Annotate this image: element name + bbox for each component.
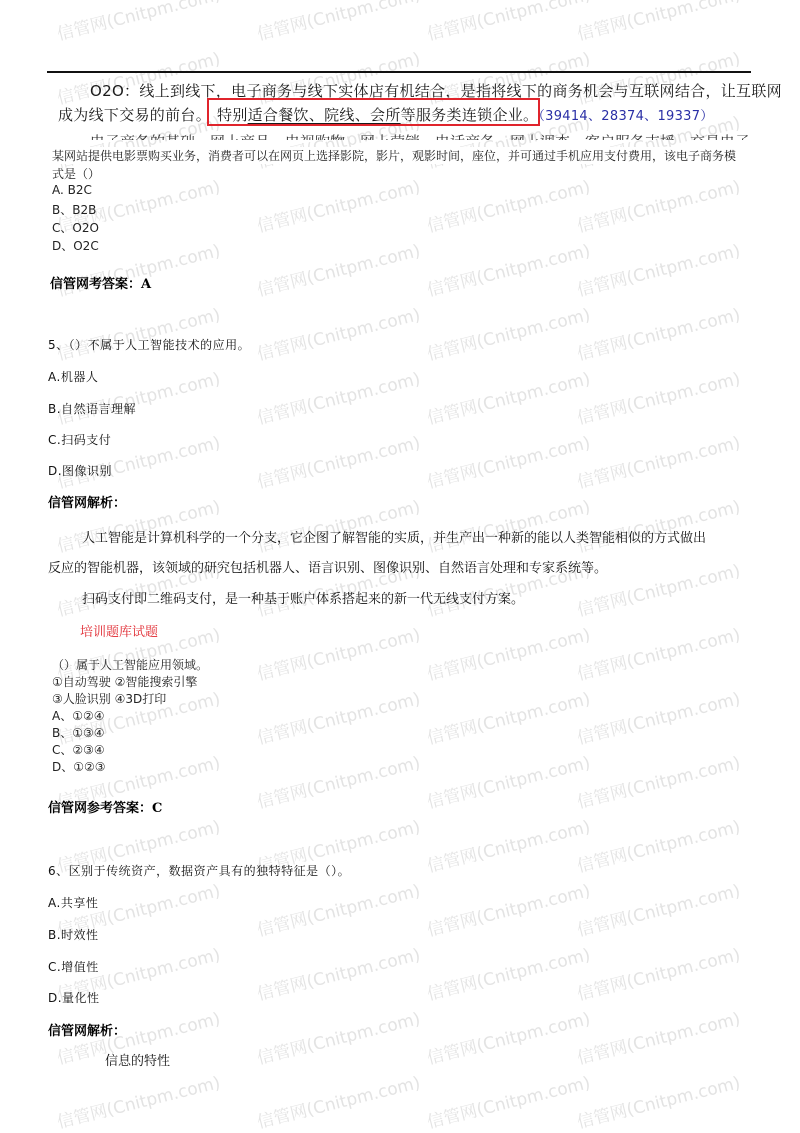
watermark-text: 信管网(Cnitpm.com) bbox=[574, 748, 742, 813]
training-heading: 培训题库试题 bbox=[80, 621, 158, 640]
watermark-text: 信管网(Cnitpm.com) bbox=[574, 1004, 742, 1069]
training-option-b: B、①③④ bbox=[52, 724, 105, 741]
watermark-text: 信管网(Cnitpm.com) bbox=[574, 300, 742, 365]
q4-stem-line-2: 式是（） bbox=[52, 165, 100, 182]
horizontal-rule bbox=[47, 71, 751, 73]
watermark-text: 信管网(Cnitpm.com) bbox=[424, 1068, 592, 1133]
highlight-box bbox=[207, 98, 540, 126]
q5-option-a: A.机器人 bbox=[48, 368, 98, 385]
training-answer-label: 信管网参考答案：C bbox=[48, 797, 162, 816]
excerpt-line-2-prefix: 成为线下交易的前台。 bbox=[58, 106, 211, 124]
watermark-text: 信管网(Cnitpm.com) bbox=[574, 812, 742, 877]
watermark-text: 信管网(Cnitpm.com) bbox=[254, 1004, 422, 1069]
q5-option-b: B.自然语言理解 bbox=[48, 400, 136, 417]
watermark-text: 信管网(Cnitpm.com) bbox=[424, 300, 592, 365]
watermark-text: 信管网(Cnitpm.com) bbox=[254, 300, 422, 365]
watermark-text: 信管网(Cnitpm.com) bbox=[424, 1004, 592, 1069]
watermark-text: 信管网(Cnitpm.com) bbox=[254, 0, 422, 45]
q5-option-c: C.扫码支付 bbox=[48, 431, 111, 448]
watermark-text: 信管网(Cnitpm.com) bbox=[54, 0, 222, 45]
watermark-text: 信管网(Cnitpm.com) bbox=[254, 364, 422, 429]
q5-option-d: D.图像识别 bbox=[48, 462, 112, 479]
q4-stem-line-1: 某网站提供电影票购买业务，消费者可以在网页上选择影院，影片，观影时间，座位，并可… bbox=[52, 147, 792, 164]
watermark-text: 信管网(Cnitpm.com) bbox=[574, 876, 742, 941]
q5-analysis-label: 信管网解析： bbox=[48, 492, 126, 511]
watermark-text: 信管网(Cnitpm.com) bbox=[254, 1068, 422, 1133]
excerpt-line-3-cutoff: 电子商务的基础 网上商品 电视购物 网上营销 电话商务 网上调查 客户服务支援 … bbox=[90, 131, 750, 140]
watermark-text: 信管网(Cnitpm.com) bbox=[254, 428, 422, 493]
watermark-text: 信管网(Cnitpm.com) bbox=[54, 1068, 222, 1133]
watermark-text: 信管网(Cnitpm.com) bbox=[574, 684, 742, 749]
training-stem: （）属于人工智能应用领域。 bbox=[52, 656, 208, 673]
training-items-line-2: ③人脸识别 ④3D打印 bbox=[52, 690, 166, 707]
watermark-text: 信管网(Cnitpm.com) bbox=[574, 492, 742, 557]
q4-option-d: D、O2C bbox=[52, 237, 99, 254]
watermark-text: 信管网(Cnitpm.com) bbox=[424, 364, 592, 429]
watermark-text: 信管网(Cnitpm.com) bbox=[424, 620, 592, 685]
watermark-text: 信管网(Cnitpm.com) bbox=[424, 876, 592, 941]
watermark-text: 信管网(Cnitpm.com) bbox=[574, 428, 742, 493]
watermark-text: 信管网(Cnitpm.com) bbox=[574, 172, 742, 237]
watermark-text: 信管网(Cnitpm.com) bbox=[424, 684, 592, 749]
q4-option-b: B、B2B bbox=[52, 201, 96, 218]
watermark-text: 信管网(Cnitpm.com) bbox=[574, 620, 742, 685]
q6-option-a: A.共享性 bbox=[48, 894, 98, 911]
watermark-text: 信管网(Cnitpm.com) bbox=[254, 620, 422, 685]
training-option-a: A、①②④ bbox=[52, 707, 104, 724]
watermark-text: 信管网(Cnitpm.com) bbox=[254, 172, 422, 237]
watermark-text: 信管网(Cnitpm.com) bbox=[254, 876, 422, 941]
watermark-text: 信管网(Cnitpm.com) bbox=[254, 748, 422, 813]
watermark-text: 信管网(Cnitpm.com) bbox=[574, 236, 742, 301]
watermark-text: 信管网(Cnitpm.com) bbox=[254, 940, 422, 1005]
watermark-text: 信管网(Cnitpm.com) bbox=[424, 428, 592, 493]
watermark-text: 信管网(Cnitpm.com) bbox=[574, 0, 742, 45]
watermark-text: 信管网(Cnitpm.com) bbox=[424, 236, 592, 301]
reference-codes: （39414、28374、19337） bbox=[538, 109, 713, 124]
q4-option-c: C、O2O bbox=[52, 219, 99, 236]
training-option-c: C、②③④ bbox=[52, 741, 105, 758]
training-items-line-1: ①自动驾驶 ②智能搜索引擎 bbox=[52, 673, 197, 690]
q5-analysis-para2: 扫码支付即二维码支付，是一种基于账户体系搭起来的新一代无线支付方案。 bbox=[82, 588, 524, 607]
watermark-text: 信管网(Cnitpm.com) bbox=[574, 1068, 742, 1133]
q6-option-d: D.量化性 bbox=[48, 989, 100, 1006]
watermark-text: 信管网(Cnitpm.com) bbox=[424, 492, 592, 557]
q6-analysis-text: 信息的特性 bbox=[105, 1050, 170, 1069]
q5-analysis-para1-line2: 反应的智能机器，该领域的研究包括机器人、语言识别、图像识别、自然语言处理和专家系… bbox=[48, 557, 607, 576]
watermark-text: 信管网(Cnitpm.com) bbox=[254, 236, 422, 301]
q6-option-b: B.时效性 bbox=[48, 926, 99, 943]
watermark-text: 信管网(Cnitpm.com) bbox=[424, 172, 592, 237]
q6-stem: 6、区别于传统资产，数据资产具有的独特特征是（）。 bbox=[48, 862, 350, 879]
q4-answer-label: 信管网考答案：A bbox=[50, 273, 151, 292]
watermark-text: 信管网(Cnitpm.com) bbox=[574, 940, 742, 1005]
q5-stem: 5、（）不属于人工智能技术的应用。 bbox=[48, 336, 250, 353]
q6-analysis-label: 信管网解析： bbox=[48, 1020, 126, 1039]
q4-option-a: A. B2C bbox=[52, 183, 92, 197]
watermark-text: 信管网(Cnitpm.com) bbox=[254, 492, 422, 557]
watermark-text: 信管网(Cnitpm.com) bbox=[254, 684, 422, 749]
watermark-text: 信管网(Cnitpm.com) bbox=[424, 940, 592, 1005]
watermark-text: 信管网(Cnitpm.com) bbox=[424, 812, 592, 877]
watermark-text: 信管网(Cnitpm.com) bbox=[424, 748, 592, 813]
watermark-text: 信管网(Cnitpm.com) bbox=[574, 364, 742, 429]
q6-option-c: C.增值性 bbox=[48, 958, 99, 975]
q5-analysis-para1-line1: 人工智能是计算机科学的一个分支，它企图了解智能的实质，并生产出一种新的能以人类智… bbox=[82, 527, 706, 546]
watermark-text: 信管网(Cnitpm.com) bbox=[424, 0, 592, 45]
watermark-text: 信管网(Cnitpm.com) bbox=[54, 300, 222, 365]
training-option-d: D、①②③ bbox=[52, 758, 106, 775]
